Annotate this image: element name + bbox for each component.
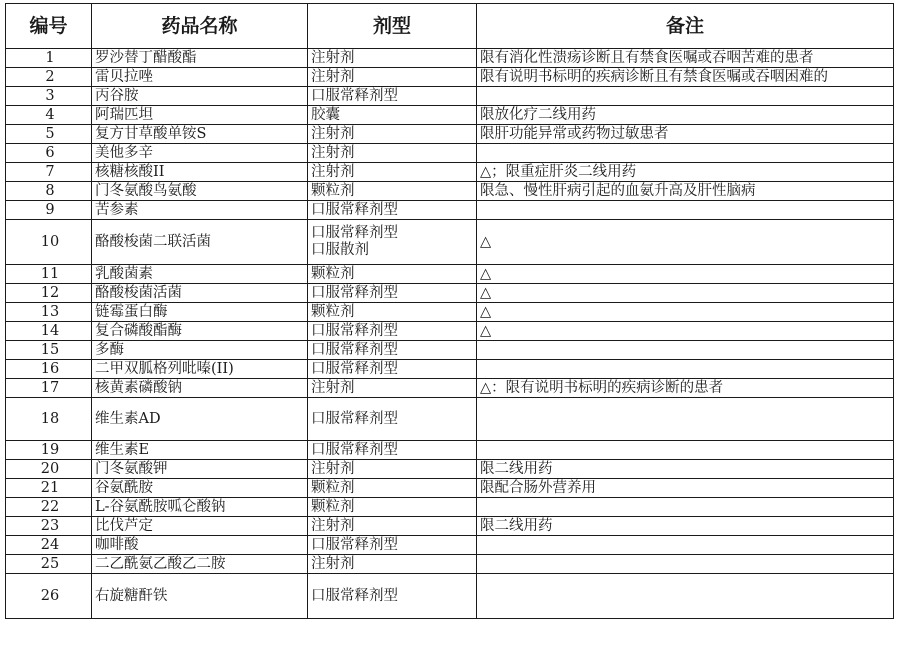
dosage-form-line: 注射剂 — [311, 461, 476, 478]
table-row: 15多酶口服常释剂型 — [6, 341, 894, 360]
table-row: 25二乙酰氨乙酸乙二胺注射剂 — [6, 555, 894, 574]
dosage-form-line: 注射剂 — [311, 50, 476, 67]
dosage-form: 口服常释剂型口服散剂 — [308, 220, 477, 265]
row-number: 14 — [6, 322, 92, 341]
remark — [477, 498, 894, 517]
drug-name: 维生素E — [92, 441, 308, 460]
drug-name: 雷贝拉唑 — [92, 68, 308, 87]
drug-name: 谷氨酰胺 — [92, 479, 308, 498]
table-row: 23比伐芦定注射剂限二线用药 — [6, 517, 894, 536]
dosage-form: 注射剂 — [308, 379, 477, 398]
table-row: 13链霉蛋白酶颗粒剂△ — [6, 303, 894, 322]
row-number: 15 — [6, 341, 92, 360]
dosage-form-line: 口服散剂 — [311, 242, 476, 259]
row-number: 1 — [6, 49, 92, 68]
row-number: 2 — [6, 68, 92, 87]
drug-name: 门冬氨酸钾 — [92, 460, 308, 479]
dosage-form-line: 口服常释剂型 — [311, 285, 476, 302]
dosage-form: 颗粒剂 — [308, 479, 477, 498]
remark: △：限有说明书标明的疾病诊断的患者 — [477, 379, 894, 398]
table-row: 7核糖核酸II注射剂△；限重症肝炎二线用药 — [6, 163, 894, 182]
dosage-form-line: 口服常释剂型 — [311, 342, 476, 359]
dosage-form-line: 注射剂 — [311, 380, 476, 397]
drug-name: 二甲双胍格列吡嗪(II) — [92, 360, 308, 379]
drug-name: 罗沙替丁醋酸酯 — [92, 49, 308, 68]
table-row: 6美他多辛注射剂 — [6, 144, 894, 163]
remark — [477, 398, 894, 441]
dosage-form-line: 口服常释剂型 — [311, 537, 476, 554]
dosage-form-line: 口服常释剂型 — [311, 442, 476, 459]
drug-name: 多酶 — [92, 341, 308, 360]
row-number: 9 — [6, 201, 92, 220]
dosage-form: 注射剂 — [308, 555, 477, 574]
header-no: 编号 — [6, 4, 92, 49]
drug-name: 乳酸菌素 — [92, 265, 308, 284]
dosage-form: 颗粒剂 — [308, 182, 477, 201]
table-row: 1罗沙替丁醋酸酯注射剂限有消化性溃疡诊断且有禁食医嘱或吞咽苦难的患者 — [6, 49, 894, 68]
table-row: 10酪酸梭菌二联活菌口服常释剂型口服散剂△ — [6, 220, 894, 265]
dosage-form-line: 注射剂 — [311, 164, 476, 181]
remark — [477, 144, 894, 163]
table-row: 2雷贝拉唑注射剂限有说明书标明的疾病诊断且有禁食医嘱或吞咽困难的 — [6, 68, 894, 87]
row-number: 16 — [6, 360, 92, 379]
drug-name: 美他多辛 — [92, 144, 308, 163]
dosage-form-line: 口服常释剂型 — [311, 202, 476, 219]
table-row: 11乳酸菌素颗粒剂△ — [6, 265, 894, 284]
row-number: 4 — [6, 106, 92, 125]
row-number: 11 — [6, 265, 92, 284]
dosage-form-line: 口服常释剂型 — [311, 323, 476, 340]
drug-name: 复合磷酸酯酶 — [92, 322, 308, 341]
dosage-form: 口服常释剂型 — [308, 536, 477, 555]
dosage-form: 口服常释剂型 — [308, 341, 477, 360]
remark: 限配合肠外营养用 — [477, 479, 894, 498]
dosage-form-line: 颗粒剂 — [311, 304, 476, 321]
row-number: 25 — [6, 555, 92, 574]
table-row: 22L-谷氨酰胺呱仑酸钠颗粒剂 — [6, 498, 894, 517]
row-number: 3 — [6, 87, 92, 106]
dosage-form: 口服常释剂型 — [308, 322, 477, 341]
drug-name: 比伐芦定 — [92, 517, 308, 536]
table-row: 26右旋糖酐铁口服常释剂型 — [6, 574, 894, 619]
header-note: 备注 — [477, 4, 894, 49]
row-number: 8 — [6, 182, 92, 201]
table-row: 5复方甘草酸单铵S注射剂限肝功能异常或药物过敏患者 — [6, 125, 894, 144]
drug-name: 右旋糖酐铁 — [92, 574, 308, 619]
dosage-form-line: 颗粒剂 — [311, 480, 476, 497]
drug-name: 核黄素磷酸钠 — [92, 379, 308, 398]
drug-name: 维生素AD — [92, 398, 308, 441]
row-number: 26 — [6, 574, 92, 619]
dosage-form: 注射剂 — [308, 68, 477, 87]
remark — [477, 87, 894, 106]
dosage-form: 注射剂 — [308, 144, 477, 163]
dosage-form-line: 颗粒剂 — [311, 266, 476, 283]
dosage-form: 注射剂 — [308, 125, 477, 144]
remark — [477, 536, 894, 555]
dosage-form: 注射剂 — [308, 517, 477, 536]
drug-name: 咖啡酸 — [92, 536, 308, 555]
remark — [477, 574, 894, 619]
remark: 限肝功能异常或药物过敏患者 — [477, 125, 894, 144]
dosage-form-line: 注射剂 — [311, 145, 476, 162]
dosage-form: 口服常释剂型 — [308, 398, 477, 441]
dosage-form-line: 口服常释剂型 — [311, 361, 476, 378]
dosage-form-line: 口服常释剂型 — [311, 411, 476, 428]
remark — [477, 341, 894, 360]
dosage-form: 注射剂 — [308, 163, 477, 182]
table-row: 20门冬氨酸钾注射剂限二线用药 — [6, 460, 894, 479]
row-number: 24 — [6, 536, 92, 555]
table-row: 16二甲双胍格列吡嗪(II)口服常释剂型 — [6, 360, 894, 379]
dosage-form: 胶囊 — [308, 106, 477, 125]
remark: 限二线用药 — [477, 460, 894, 479]
dosage-form: 口服常释剂型 — [308, 360, 477, 379]
table-row: 17核黄素磷酸钠注射剂△：限有说明书标明的疾病诊断的患者 — [6, 379, 894, 398]
row-number: 20 — [6, 460, 92, 479]
row-number: 22 — [6, 498, 92, 517]
dosage-form-line: 注射剂 — [311, 126, 476, 143]
dosage-form: 口服常释剂型 — [308, 441, 477, 460]
remark — [477, 555, 894, 574]
dosage-form: 口服常释剂型 — [308, 201, 477, 220]
drug-name: 酪酸梭菌二联活菌 — [92, 220, 308, 265]
row-number: 5 — [6, 125, 92, 144]
remark — [477, 441, 894, 460]
drug-name: 酪酸梭菌活菌 — [92, 284, 308, 303]
table-row: 21谷氨酰胺颗粒剂限配合肠外营养用 — [6, 479, 894, 498]
header-name: 药品名称 — [92, 4, 308, 49]
drug-name: 二乙酰氨乙酸乙二胺 — [92, 555, 308, 574]
dosage-form: 颗粒剂 — [308, 303, 477, 322]
dosage-form-line: 注射剂 — [311, 518, 476, 535]
remark: 限有消化性溃疡诊断且有禁食医嘱或吞咽苦难的患者 — [477, 49, 894, 68]
remark: △ — [477, 265, 894, 284]
table-row: 19维生素E口服常释剂型 — [6, 441, 894, 460]
drug-name: 门冬氨酸鸟氨酸 — [92, 182, 308, 201]
row-number: 7 — [6, 163, 92, 182]
drug-name: 阿瑞匹坦 — [92, 106, 308, 125]
dosage-form: 口服常释剂型 — [308, 574, 477, 619]
dosage-form: 颗粒剂 — [308, 265, 477, 284]
drug-name: L-谷氨酰胺呱仑酸钠 — [92, 498, 308, 517]
table-row: 3丙谷胺口服常释剂型 — [6, 87, 894, 106]
row-number: 12 — [6, 284, 92, 303]
table-row: 18维生素AD口服常释剂型 — [6, 398, 894, 441]
row-number: 13 — [6, 303, 92, 322]
remark: △ — [477, 303, 894, 322]
dosage-form: 口服常释剂型 — [308, 284, 477, 303]
drug-list-table: 编号 药品名称 剂型 备注 1罗沙替丁醋酸酯注射剂限有消化性溃疡诊断且有禁食医嘱… — [5, 3, 894, 619]
drug-name: 丙谷胺 — [92, 87, 308, 106]
remark: △ — [477, 284, 894, 303]
header-row: 编号 药品名称 剂型 备注 — [6, 4, 894, 49]
table-row: 8门冬氨酸鸟氨酸颗粒剂限急、慢性肝病引起的血氨升高及肝性脑病 — [6, 182, 894, 201]
remark: 限有说明书标明的疾病诊断且有禁食医嘱或吞咽困难的 — [477, 68, 894, 87]
remark: 限急、慢性肝病引起的血氨升高及肝性脑病 — [477, 182, 894, 201]
remark — [477, 201, 894, 220]
row-number: 19 — [6, 441, 92, 460]
row-number: 21 — [6, 479, 92, 498]
dosage-form-line: 颗粒剂 — [311, 183, 476, 200]
dosage-form-line: 颗粒剂 — [311, 499, 476, 516]
remark: △ — [477, 322, 894, 341]
table-body: 1罗沙替丁醋酸酯注射剂限有消化性溃疡诊断且有禁食医嘱或吞咽苦难的患者2雷贝拉唑注… — [6, 49, 894, 619]
drug-name: 复方甘草酸单铵S — [92, 125, 308, 144]
drug-name: 苦参素 — [92, 201, 308, 220]
row-number: 10 — [6, 220, 92, 265]
dosage-form: 注射剂 — [308, 460, 477, 479]
row-number: 6 — [6, 144, 92, 163]
dosage-form: 口服常释剂型 — [308, 87, 477, 106]
remark: △；限重症肝炎二线用药 — [477, 163, 894, 182]
remark — [477, 360, 894, 379]
row-number: 18 — [6, 398, 92, 441]
dosage-form: 注射剂 — [308, 49, 477, 68]
dosage-form: 颗粒剂 — [308, 498, 477, 517]
row-number: 17 — [6, 379, 92, 398]
drug-name: 链霉蛋白酶 — [92, 303, 308, 322]
dosage-form-line: 胶囊 — [311, 107, 476, 124]
dosage-form-line: 口服常释剂型 — [311, 88, 476, 105]
dosage-form-line: 口服常释剂型 — [311, 588, 476, 605]
table-row: 14复合磷酸酯酶口服常释剂型△ — [6, 322, 894, 341]
dosage-form-line: 注射剂 — [311, 69, 476, 86]
table-row: 12酪酸梭菌活菌口服常释剂型△ — [6, 284, 894, 303]
remark: 限二线用药 — [477, 517, 894, 536]
row-number: 23 — [6, 517, 92, 536]
remark: △ — [477, 220, 894, 265]
dosage-form-line: 口服常释剂型 — [311, 225, 476, 242]
header-form: 剂型 — [308, 4, 477, 49]
dosage-form-line: 注射剂 — [311, 556, 476, 573]
table-row: 4阿瑞匹坦胶囊限放化疗二线用药 — [6, 106, 894, 125]
drug-name: 核糖核酸II — [92, 163, 308, 182]
table-row: 24咖啡酸口服常释剂型 — [6, 536, 894, 555]
remark: 限放化疗二线用药 — [477, 106, 894, 125]
table-row: 9苦参素口服常释剂型 — [6, 201, 894, 220]
